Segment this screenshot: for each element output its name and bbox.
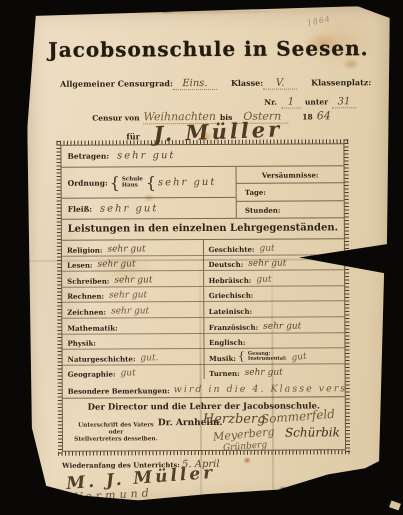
subject-label: Schreiben: — [67, 276, 109, 285]
subject-row: Griechisch: — [204, 286, 345, 302]
subject-row: Englisch: — [204, 333, 345, 349]
pencil-annotation: 1864 — [306, 14, 332, 28]
subject-grade: gut — [120, 369, 135, 379]
subject-row: Religion:sehr gut — [62, 240, 203, 256]
subject-label: Griechisch: — [209, 291, 254, 300]
instrumental-label: Instrumental: — [248, 357, 287, 363]
musik-sublabels: Gesang: Instrumental: — [248, 351, 287, 362]
report-card-paper: 1864 Jacobsonschule in Seesen. Allgemein… — [26, 6, 394, 505]
year-prefix: 18 — [302, 112, 312, 121]
klasse-value: V. — [263, 78, 297, 90]
form-frame: Betragen: sehr gut Ordnung: { Schule Hau… — [56, 139, 350, 456]
paper-fragment — [389, 501, 401, 511]
brace-glyph: { — [238, 350, 245, 363]
subject-grade: sehr gut — [109, 291, 147, 301]
photo-background: 1864 Jacobsonschule in Seesen. Allgemein… — [0, 0, 403, 515]
subjects-heading: Leistungen in den einzelnen Lehrgegenstä… — [62, 218, 344, 239]
ordnung-row: Ordnung: { Schule Haus { sehr gut — [62, 167, 236, 199]
subject-label: Mathematik: — [67, 323, 117, 332]
stain — [243, 457, 251, 464]
subject-row: Hebräisch:gut — [204, 270, 345, 286]
subject-row: Lesen:sehr gut — [62, 256, 203, 272]
subject-row: Physik: — [62, 334, 203, 350]
absences-panel: Versäumnisse: Tage: Stunden: — [236, 166, 344, 218]
versaeumnisse-label: Versäumnisse: — [237, 166, 344, 184]
ordnung-section: Ordnung: { Schule Haus { sehr gut Fleiß:… — [62, 166, 344, 219]
censurgrad-label: Allgemeiner Censurgrad: — [60, 78, 173, 89]
footer-section: Der Director und die Lehrer der Jacobson… — [63, 398, 345, 452]
teacher-signature: Grünberg — [223, 441, 268, 452]
subject-grade: gut. — [140, 353, 158, 363]
subject-row: Turnen:sehr gut — [204, 364, 345, 379]
subjects-right-column: Geschichte:gut Deutsch:sehr gut Hebräisc… — [202, 239, 344, 379]
subject-label: Lateinisch: — [209, 307, 252, 316]
stain — [158, 5, 176, 14]
subject-label: Religion: — [67, 245, 103, 254]
teacher-signature: Herzberg — [203, 412, 266, 427]
remarks-value: wird in die 4. Klasse versetzt — [174, 383, 346, 395]
subject-grade: sehr gut — [97, 260, 135, 270]
haus-label: Haus — [122, 182, 138, 188]
subject-label: Englisch: — [209, 338, 246, 347]
parent-signature-label: Unterschrift des Vaters oder Stellvertre… — [73, 423, 159, 444]
betragen-row: Betragen: sehr gut — [61, 144, 343, 167]
subject-label: Geschichte: — [208, 244, 254, 253]
school-title: Jacobsonschule in Seesen. — [26, 36, 391, 62]
subject-row: Zeichnen:sehr gut — [62, 302, 203, 318]
stain — [278, 486, 287, 493]
subject-row: Geschichte:gut — [203, 239, 344, 255]
unter-value: 31 — [332, 96, 356, 108]
subjects-left-column: Religion:sehr gut Lesen:sehr gut Schreib… — [62, 240, 203, 380]
subject-grade: sehr gut — [107, 244, 145, 254]
subject-label: Lesen: — [67, 261, 92, 270]
ordnung-column: Ordnung: { Schule Haus { sehr gut Fleiß:… — [62, 167, 236, 219]
rank-line: Nr. 1 unter 31 — [264, 96, 356, 108]
schule-haus-labels: Schule Haus — [122, 176, 143, 188]
subject-row: Geographie:gut — [63, 365, 204, 380]
subject-row: Lateinisch: — [204, 302, 345, 318]
subject-label: Hebräisch: — [209, 276, 252, 285]
fleiss-label: Fleiß: — [68, 204, 92, 213]
subject-label: Naturgeschichte: — [68, 354, 136, 363]
subject-row: Deutsch:sehr gut — [204, 255, 345, 271]
tage-row: Tage: — [237, 183, 344, 202]
stunden-label: Stunden: — [245, 205, 281, 214]
subject-row: Mathematik: — [62, 318, 203, 334]
form-inner: Betragen: sehr gut Ordnung: { Schule Hau… — [60, 143, 346, 451]
subject-grade: gut — [256, 274, 271, 284]
subject-grade: sehr gut — [248, 259, 286, 269]
fleiss-row: Fleiß: sehr gut — [62, 198, 236, 219]
nr-value: 1 — [281, 97, 301, 109]
subject-label: Physik: — [67, 339, 96, 348]
unter-label: unter — [305, 97, 328, 106]
ordnung-grade: sehr gut — [158, 176, 216, 187]
subject-grade: sehr gut — [111, 306, 149, 316]
gesang-grade: gut — [291, 351, 307, 363]
klassenplatz-label: Klassenplatz: — [311, 77, 371, 87]
fleiss-grade: sehr gut — [100, 203, 158, 214]
censurgrad-value: Eins. — [173, 78, 217, 90]
subjects-table: Religion:sehr gut Lesen:sehr gut Schreib… — [62, 238, 345, 380]
subject-grade: sehr gut — [245, 368, 283, 378]
ordnung-label: Ordnung: — [68, 178, 108, 187]
subject-grade: sehr gut — [114, 275, 152, 285]
subject-row: Naturgeschichte:gut. — [62, 349, 203, 365]
subject-row: Rechnen:sehr gut — [62, 287, 203, 303]
brace-glyph: { — [110, 173, 120, 192]
remarks-row: Besondere Bemerkungen: wird in die 4. Kl… — [63, 379, 345, 399]
censurgrad-line: Allgemeiner Censurgrad: Eins. Klasse: V.… — [60, 77, 381, 91]
year-value: 64 — [317, 109, 331, 122]
betragen-grade: sehr gut — [117, 150, 175, 161]
subject-row: Französisch:sehr gut — [204, 317, 345, 333]
subject-label: Rechnen: — [67, 292, 104, 301]
klasse-label: Klasse: — [231, 78, 263, 88]
stunden-row: Stunden: — [237, 201, 344, 218]
subject-label: Französisch: — [209, 322, 258, 331]
tage-label: Tage: — [245, 188, 266, 197]
subject-row: Schreiben:sehr gut — [62, 271, 203, 287]
subject-label: Geographie: — [68, 370, 116, 379]
subject-grade: gut — [259, 243, 274, 253]
subject-label: Turnen: — [209, 369, 240, 378]
brace-glyph: { — [146, 173, 156, 192]
subject-label: Musik: — [209, 354, 236, 363]
subject-label: Zeichnen: — [67, 308, 106, 317]
subject-grade: sehr gut — [263, 321, 301, 331]
subject-label: Deutsch: — [209, 260, 244, 269]
teacher-signature: Schürbik — [285, 426, 340, 440]
subject-row-musik: Musik: { Gesang: Instrumental: gut — [204, 348, 345, 364]
remarks-label: Besondere Bemerkungen: — [68, 387, 170, 397]
betragen-label: Betragen: — [67, 152, 109, 161]
nr-label: Nr. — [264, 98, 277, 107]
